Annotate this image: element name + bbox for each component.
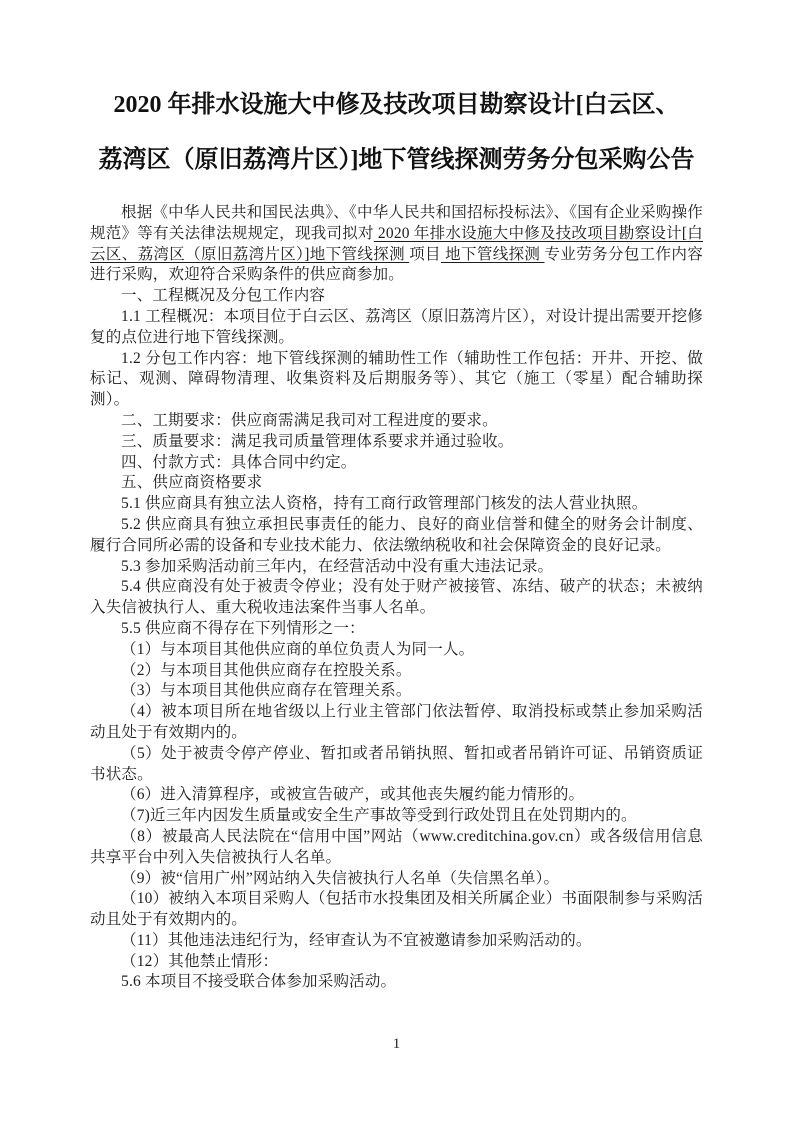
- clause-5-5: 5.5 供应商不得存在下列情形之一：: [90, 619, 703, 640]
- document-page: 2020 年排水设施大中修及技改项目勘察设计[白云区、 荔湾区（原旧荔湾片区）]…: [0, 0, 793, 1122]
- item-4: （4）被本项目所在地省级以上行业主管部门依法暂停、取消投标或禁止参加采购活动且处…: [90, 702, 703, 744]
- item-2: （2）与本项目其他供应商存在控股关系。: [90, 661, 703, 682]
- item-8: （8）被最高人民法院在“信用中国”网站（www.creditchina.gov.…: [90, 827, 703, 869]
- work-scope-underlined: 地下管线探测: [441, 246, 545, 263]
- item-6: （6）进入清算程序，或被宣告破产，或其他丧失履约能力情形的。: [90, 785, 703, 806]
- section-heading-overview: 一、工程概况及分包工作内容: [90, 286, 703, 307]
- section-heading-schedule: 二、工期要求：供应商需满足我司对工程进度的要求。: [90, 411, 703, 432]
- section-heading-payment: 四、付款方式：具体合同中约定。: [90, 453, 703, 474]
- clause-5-2: 5.2 供应商具有独立承担民事责任的能力、良好的商业信誉和健全的财务会计制度、履…: [90, 515, 703, 557]
- section-heading-quality: 三、质量要求：满足我司质量管理体系要求并通过验收。: [90, 432, 703, 453]
- intro-paragraph: 根据《中华人民共和国民法典》、《中华人民共和国招标投标法》、《国有企业采购操作规…: [90, 203, 703, 286]
- clause-1-2: 1.2 分包工作内容：地下管线探测的辅助性工作（辅助性工作包括：开井、开挖、做标…: [90, 349, 703, 411]
- title-line-1: 2020 年排水设施大中修及技改项目勘察设计[白云区、: [60, 78, 733, 133]
- document-title: 2020 年排水设施大中修及技改项目勘察设计[白云区、 荔湾区（原旧荔湾片区）]…: [0, 0, 793, 188]
- item-3: （3）与本项目其他供应商存在管理关系。: [90, 681, 703, 702]
- item-12: （12）其他禁止情形：: [90, 952, 703, 973]
- intro-segment-project-word: 项目: [409, 246, 441, 263]
- page-footer: 1: [0, 1036, 793, 1053]
- item-1: （1）与本项目其他供应商的单位负责人为同一人。: [90, 640, 703, 661]
- clause-5-3: 5.3 参加采购活动前三年内，在经营活动中没有重大违法记录。: [90, 557, 703, 578]
- item-10: （10）被纳入本项目采购人（包括市水投集团及相关所属企业）书面限制参与采购活动且…: [90, 889, 703, 931]
- item-9: （9）被“信用广州”网站纳入失信被执行人名单（失信黑名单）。: [90, 869, 703, 890]
- page-number: 1: [393, 1036, 401, 1052]
- section-heading-qualification: 五、供应商资格要求: [90, 473, 703, 494]
- title-line-2: 荔湾区（原旧荔湾片区）]地下管线探测劳务分包采购公告: [60, 133, 733, 188]
- clause-1-1: 1.1 工程概况：本项目位于白云区、荔湾区（原旧荔湾片区），对设计提出需要开挖修…: [90, 307, 703, 349]
- clause-5-4: 5.4 供应商没有处于被责令停业；没有处于财产被接管、冻结、破产的状态；未被纳入…: [90, 577, 703, 619]
- item-11: （11）其他违法违纪行为，经审查认为不宜被邀请参加采购活动的。: [90, 931, 703, 952]
- item-7: （7)近三年内因发生质量或安全生产事故等受到行政处罚且在处罚期内的。: [90, 806, 703, 827]
- document-body: 根据《中华人民共和国民法典》、《中华人民共和国招标投标法》、《国有企业采购操作规…: [0, 188, 793, 993]
- clause-5-1: 5.1 供应商具有独立法人资格，持有工商行政管理部门核发的法人营业执照。: [90, 494, 703, 515]
- clause-5-6: 5.6 本项目不接受联合体参加采购活动。: [90, 972, 703, 993]
- item-5: （5）处于被责令停产停业、暂扣或者吊销执照、暂扣或者吊销许可证、吊销资质证书状态…: [90, 744, 703, 786]
